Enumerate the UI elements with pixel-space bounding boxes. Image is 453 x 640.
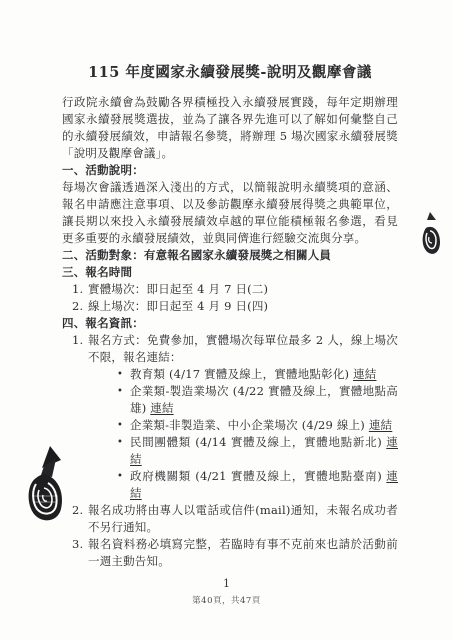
- bullet-icon: •: [117, 417, 123, 434]
- session-enterprise-nonmanufacturing-link[interactable]: 連結: [369, 418, 392, 432]
- page-footer: 第40頁，共47頁: [0, 594, 453, 606]
- session-enterprise-manufacturing: •企業類-製造業場次 (4/22 實體及線上，實體地點高雄) 連結: [130, 383, 398, 417]
- item-text: 實體場次：即日起至 4 月 7 日(二): [88, 282, 268, 296]
- scanned-document-page: 115 年度國家永續發展獎-說明及觀摩會議 行政院永續會為鼓勵各界積極投入永續發…: [0, 0, 453, 640]
- section-1-heading: 一、活動說明：: [62, 162, 398, 179]
- item-number: 1.: [72, 332, 83, 349]
- session-link-list: •教育類 (4/17 實體及線上，實體地點彰化) 連結 •企業類-製造業場次 (…: [62, 366, 398, 502]
- bullet-icon: •: [117, 366, 123, 383]
- section-2-text: 有意報名國家永續發展獎之相關人員: [144, 248, 331, 262]
- section-3-heading: 三、報名時間: [62, 264, 398, 281]
- section-4-heading: 四、報名資訊：: [62, 315, 398, 332]
- notification-item: 2. 報名成功將由專人以電話或信件(mail)通知，未報名成功者不另行通知。: [62, 502, 398, 536]
- document-content: 115 年度國家永續發展獎-說明及觀摩會議 行政院永續會為鼓勵各界積極投入永續發…: [62, 64, 398, 570]
- session-education-link[interactable]: 連結: [353, 367, 376, 381]
- session-education: •教育類 (4/17 實體及線上，實體地點彰化) 連結: [130, 366, 398, 383]
- item-number: 1.: [72, 281, 83, 298]
- bullet-icon: •: [117, 434, 123, 451]
- seal-stamp-right-icon: [420, 210, 444, 262]
- session-enterprise-nonmanufacturing: •企業類-非製造業、中小企業場次 (4/29 線上) 連結: [130, 417, 398, 434]
- section-1-body: 每場次會議透過深入淺出的方式，以簡報說明永續獎項的意涵、報名申請應注意事項、以及…: [62, 179, 398, 247]
- session-text: 政府機關類 (4/21 實體及線上，實體地點臺南): [130, 469, 386, 483]
- section-2-heading: 二、活動對象：有意報名國家永續發展獎之相關人員: [62, 247, 398, 264]
- registration-period-online: 2. 線上場次：即日起至 4 月 9 日(四): [62, 298, 398, 315]
- item-text: 線上場次：即日起至 4 月 9 日(四): [88, 299, 268, 313]
- registration-period-physical: 1. 實體場次：即日起至 4 月 7 日(二): [62, 281, 398, 298]
- intro-paragraph: 行政院永續會為鼓勵各界積極投入永續發展實踐，每年定期辦理國家永續發展獎選拔，並為…: [62, 94, 398, 162]
- session-enterprise-manufacturing-link[interactable]: 連結: [150, 401, 173, 415]
- item-number: 3.: [72, 536, 83, 553]
- item-number: 2.: [72, 298, 83, 315]
- session-text: 民間團體類 (4/14 實體及線上，實體地點新北): [130, 435, 386, 449]
- session-text: 教育類 (4/17 實體及線上，實體地點彰化): [130, 367, 353, 381]
- registration-method-item: 1. 報名方式：免費參加，實體場次每單位最多 2 人，線上場次不限，報名連結：: [62, 332, 398, 366]
- session-text: 企業類-非製造業、中小企業場次 (4/29 線上): [130, 418, 369, 432]
- item-number: 2.: [72, 502, 83, 519]
- item-text: 報名成功將由專人以電話或信件(mail)通知，未報名成功者不另行通知。: [88, 503, 398, 534]
- session-government: •政府機關類 (4/21 實體及線上，實體地點臺南) 連結: [130, 468, 398, 502]
- seal-stamp-left-icon: [22, 444, 64, 528]
- item-text: 報名方式：免費參加，實體場次每單位最多 2 人，線上場次不限，報名連結：: [88, 333, 398, 364]
- bullet-icon: •: [117, 468, 123, 485]
- page-number: 1: [0, 577, 453, 590]
- document-title: 115 年度國家永續發展獎-說明及觀摩會議: [62, 64, 398, 81]
- session-civil-group: •民間團體類 (4/14 實體及線上，實體地點新北) 連結: [130, 434, 398, 468]
- section-2-label: 二、活動對象：: [62, 248, 144, 262]
- data-completeness-item: 3. 報名資料務必填寫完整，若臨時有事不克前來也請於活動前一週主動告知。: [62, 536, 398, 570]
- bullet-icon: •: [117, 383, 123, 400]
- item-text: 報名資料務必填寫完整，若臨時有事不克前來也請於活動前一週主動告知。: [88, 537, 398, 568]
